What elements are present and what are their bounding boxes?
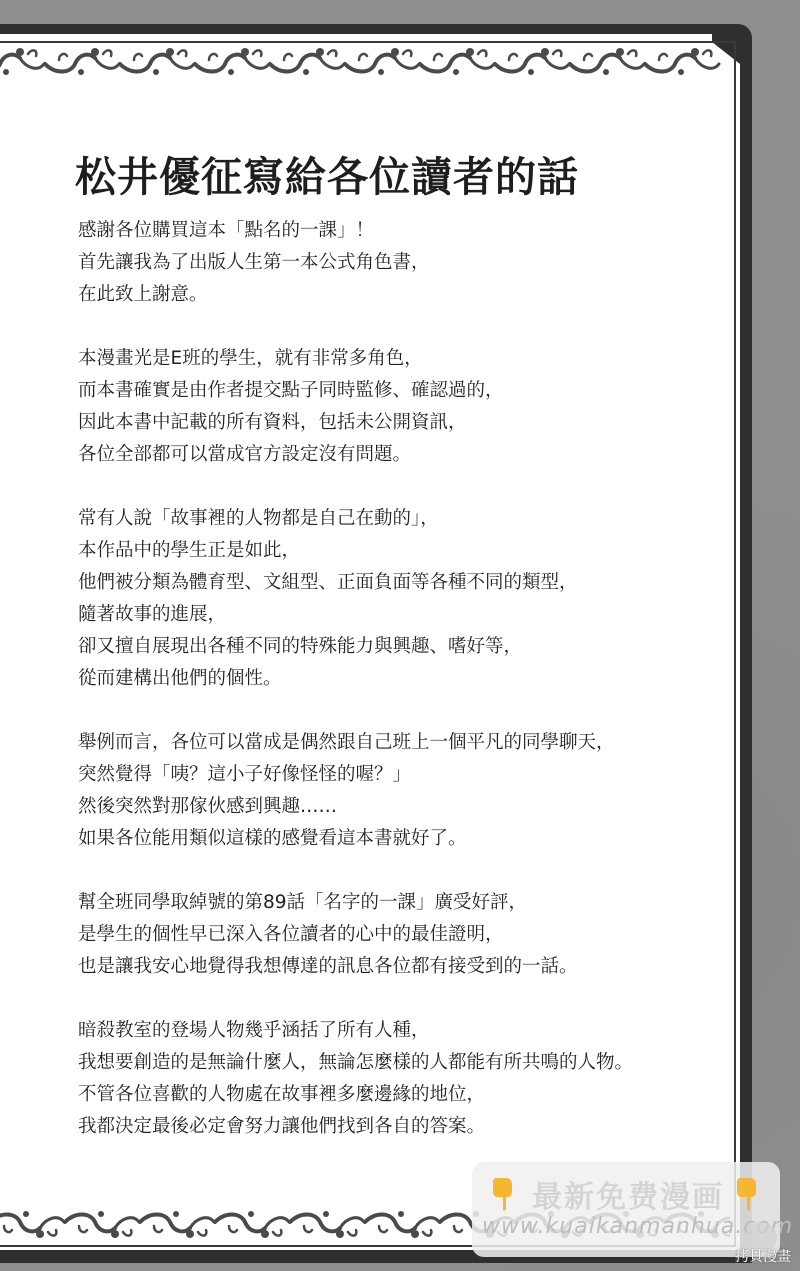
watermark-banner[interactable]: 最新免费漫画 www.kuaikanmanhua.com: [472, 1162, 780, 1257]
watermark-text: 最新免费漫画: [532, 1172, 724, 1216]
pointing-down-hand-icon: [490, 1176, 516, 1212]
text-line: 然後突然對那傢伙感到興趣……: [78, 791, 728, 823]
text-line: 而本書確實是由作者提交點子同時監修、確認過的，: [78, 375, 728, 407]
message-body: 感謝各位購買這本「點名的一課」！ 首先讓我為了出版人生第一本公式角色書， 在此致…: [78, 215, 728, 1175]
text-line: 他們被分類為體育型、文組型、正面負面等各種不同的類型，: [78, 567, 728, 599]
text-line: 也是讓我安心地覺得我想傳達的訊息各位都有接受到的一話。: [78, 951, 728, 983]
text-line: 感謝各位購買這本「點名的一課」！: [78, 215, 728, 247]
paragraph-6: 暗殺教室的登場人物幾乎涵括了所有人種， 我想要創造的是無論什麼人，無論怎麼樣的人…: [78, 1015, 728, 1143]
text-line: 從而建構出他們的個性。: [78, 663, 728, 695]
text-line: 幫全班同學取綽號的第89話「名字的一課」廣受好評，: [78, 887, 728, 919]
text-line: 隨著故事的進展，: [78, 599, 728, 631]
text-line: 卻又擅自展現出各種不同的特殊能力與興趣、嗜好等，: [78, 631, 728, 663]
paragraph-3: 常有人說「故事裡的人物都是自己在動的」， 本作品中的學生正是如此， 他們被分類為…: [78, 503, 728, 695]
top-scroll-ornament: [0, 44, 730, 78]
paragraph-5: 幫全班同學取綽號的第89話「名字的一課」廣受好評， 是學生的個性早已深入各位讀者…: [78, 887, 728, 983]
text-line: 不管各位喜歡的人物處在故事裡多麼邊緣的地位，: [78, 1079, 728, 1111]
text-line: 如果各位能用類似這樣的感覺看這本書就好了。: [78, 823, 728, 855]
paragraph-2: 本漫畫光是E班的學生，就有非常多角色， 而本書確實是由作者提交點子同時監修、確認…: [78, 343, 728, 471]
text-line: 在此致上謝意。: [78, 279, 728, 311]
text-line: 我想要創造的是無論什麼人，無論怎麼樣的人都能有所共鳴的人物。: [78, 1047, 728, 1079]
text-line: 本作品中的學生正是如此，: [78, 535, 728, 567]
text-line: 因此本書中記載的所有資料，包括未公開資訊，: [78, 407, 728, 439]
text-line: 各位全部都可以當成官方設定沒有問題。: [78, 439, 728, 471]
text-line: 我都決定最後必定會努力讓他們找到各自的答案。: [78, 1111, 728, 1143]
text-line: 首先讓我為了出版人生第一本公式角色書，: [78, 247, 728, 279]
text-line: 是學生的個性早已深入各位讀者的心中的最佳證明，: [78, 919, 728, 951]
text-line: 暗殺教室的登場人物幾乎涵括了所有人種，: [78, 1015, 728, 1047]
paragraph-4: 舉例而言，各位可以當成是偶然跟自己班上一個平凡的同學聊天， 突然覺得「咦？這小子…: [78, 727, 728, 855]
pointing-down-hand-icon: [734, 1176, 760, 1212]
text-line: 舉例而言，各位可以當成是偶然跟自己班上一個平凡的同學聊天，: [78, 727, 728, 759]
text-line: 常有人說「故事裡的人物都是自己在動的」，: [78, 503, 728, 535]
text-line: 本漫畫光是E班的學生，就有非常多角色，: [78, 343, 728, 375]
site-badge: 拷貝漫畫: [735, 1246, 791, 1266]
paragraph-1: 感謝各位購買這本「點名的一課」！ 首先讓我為了出版人生第一本公式角色書， 在此致…: [78, 215, 728, 311]
page-title: 松井優征寫給各位讀者的話: [75, 144, 579, 203]
text-line: 突然覺得「咦？這小子好像怪怪的喔？」: [78, 759, 728, 791]
